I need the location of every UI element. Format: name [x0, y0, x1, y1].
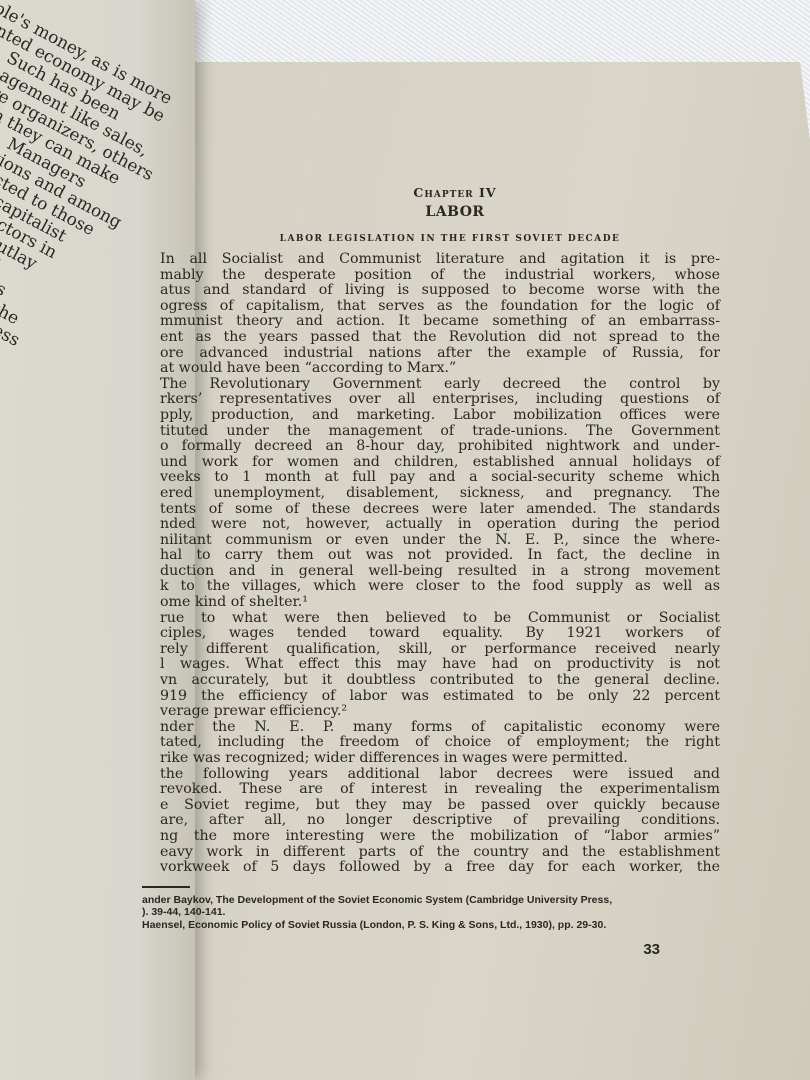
footnote-rule — [142, 886, 190, 888]
body-text: In all Socialist and Communist literatur… — [160, 252, 720, 876]
text-line: tated, including the freedom of choice o… — [160, 735, 720, 751]
text-line: duction and in general well-being result… — [160, 564, 720, 580]
page-content: Chapter IV LABOR LABOR LEGISLATION IN TH… — [160, 185, 720, 958]
text-line: ered unemployment, disablement, sickness… — [160, 486, 720, 502]
footnote-line: ander Baykov, The Development of the Sov… — [142, 894, 720, 907]
text-line: are, after all, no longer descriptive of… — [160, 813, 720, 829]
section-heading: LABOR LEGISLATION IN THE FIRST SOVIET DE… — [180, 234, 720, 244]
text-line: eavy work in different parts of the coun… — [160, 845, 720, 861]
text-line: nded were not, however, actually in oper… — [160, 517, 720, 533]
text-line: at would have been “according to Marx.” — [160, 361, 720, 377]
text-line: ent as the years passed that the Revolut… — [160, 330, 720, 346]
text-line: pply, production, and marketing. Labor m… — [160, 408, 720, 424]
text-line: l wages. What effect this may have had o… — [160, 657, 720, 673]
page-number: 33 — [160, 941, 720, 958]
text-line: nilitant communism or even under the N. … — [160, 533, 720, 549]
text-line: ciples, wages tended toward equality. By… — [160, 626, 720, 642]
text-line: The Revolutionary Government early decre… — [160, 377, 720, 393]
text-line: 919 the efficiency of labor was estimate… — [160, 689, 720, 705]
text-line: o formally decreed an 8-hour day, prohib… — [160, 439, 720, 455]
text-line: vn accurately, but it doubtless contribu… — [160, 673, 720, 689]
text-line: veeks to 1 month at full pay and a socia… — [160, 470, 720, 486]
text-line: verage prewar efficiency.² — [160, 704, 720, 720]
footnote-line: Haensel, Economic Policy of Soviet Russi… — [142, 919, 720, 932]
text-line: tituted under the management of trade-un… — [160, 424, 720, 440]
text-line: tents of some of these decrees were late… — [160, 502, 720, 518]
text-line: ome kind of shelter.¹ — [160, 595, 720, 611]
text-line: atus and standard of living is supposed … — [160, 283, 720, 299]
chapter-label: Chapter IV — [190, 185, 720, 200]
text-line: und work for women and children, establi… — [160, 455, 720, 471]
text-line: rue to what were then believed to be Com… — [160, 611, 720, 627]
text-line: vorkweek of 5 days followed by a free da… — [160, 860, 720, 876]
text-line: rkers’ representatives over all enterpri… — [160, 392, 720, 408]
text-line: ore advanced industrial nations after th… — [160, 346, 720, 362]
chapter-title: LABOR — [190, 204, 720, 220]
text-line: mmunist theory and action. It became som… — [160, 314, 720, 330]
text-line: rike was recognized; wider differences i… — [160, 751, 720, 767]
text-line: revoked. These are of interest in reveal… — [160, 782, 720, 798]
text-line: the following years additional labor dec… — [160, 767, 720, 783]
footnotes: ander Baykov, The Development of the Sov… — [142, 894, 720, 932]
text-line: hal to carry them out was not provided. … — [160, 548, 720, 564]
text-line: nder the N. E. P. many forms of capitali… — [160, 720, 720, 736]
text-line: ogress of capitalism, that serves as the… — [160, 299, 720, 315]
text-line: k to the villages, which were closer to … — [160, 579, 720, 595]
text-line: In all Socialist and Communist literatur… — [160, 252, 720, 268]
footnote-line: ). 39-44, 140-141. — [142, 906, 720, 919]
text-line: mably the desperate position of the indu… — [160, 268, 720, 284]
text-line: e Soviet regime, but they may be passed … — [160, 798, 720, 814]
text-line: rely different qualification, skill, or … — [160, 642, 720, 658]
text-line: ng the more interesting were the mobiliz… — [160, 829, 720, 845]
